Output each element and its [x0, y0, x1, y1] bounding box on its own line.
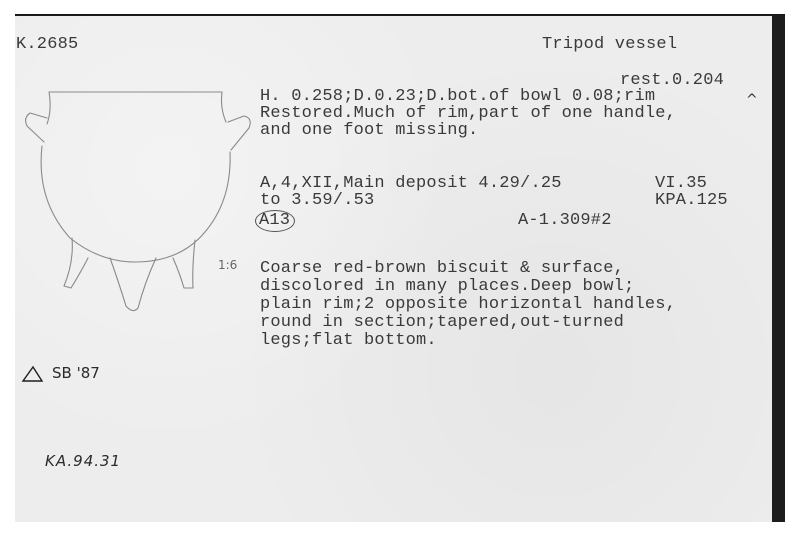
context-code: A13	[260, 210, 295, 232]
inventory-number: KA.94.31	[45, 452, 121, 470]
description-line-5: legs;flat bottom.	[260, 332, 437, 349]
context-line-1: A,4,XII,Main deposit 4.29/.25	[260, 175, 562, 192]
date-code: VI.35	[655, 175, 707, 192]
insertion-caret: ^	[746, 92, 758, 108]
notebook-reference: A-1.309#2	[518, 212, 612, 229]
condition-line-1: Restored.Much of rim,part of one handle,	[260, 105, 676, 122]
context-line-2: to 3.59/.53	[260, 192, 374, 209]
triangle-icon	[23, 367, 42, 381]
catalog-number: K.2685	[16, 36, 78, 53]
kpa-number: KPA.125	[655, 192, 728, 209]
description-line-2: discolored in many places.Deep bowl;	[260, 278, 634, 295]
condition-line-2: and one foot missing.	[260, 122, 478, 139]
drawer-mark: SB '87	[52, 364, 100, 382]
scale-label: 1:6	[218, 258, 237, 272]
context-code-circled: A13	[255, 210, 295, 232]
description-line-1: Coarse red-brown biscuit & surface,	[260, 260, 624, 277]
object-name: Tripod vessel	[542, 36, 677, 53]
dimensions-line: H. 0.258;D.0.23;D.bot.of bowl 0.08;rim	[260, 88, 655, 105]
description-line-3: plain rim;2 opposite horizontal handles,	[260, 296, 676, 313]
description-line-4: round in section;tapered,out-turned	[260, 314, 624, 331]
